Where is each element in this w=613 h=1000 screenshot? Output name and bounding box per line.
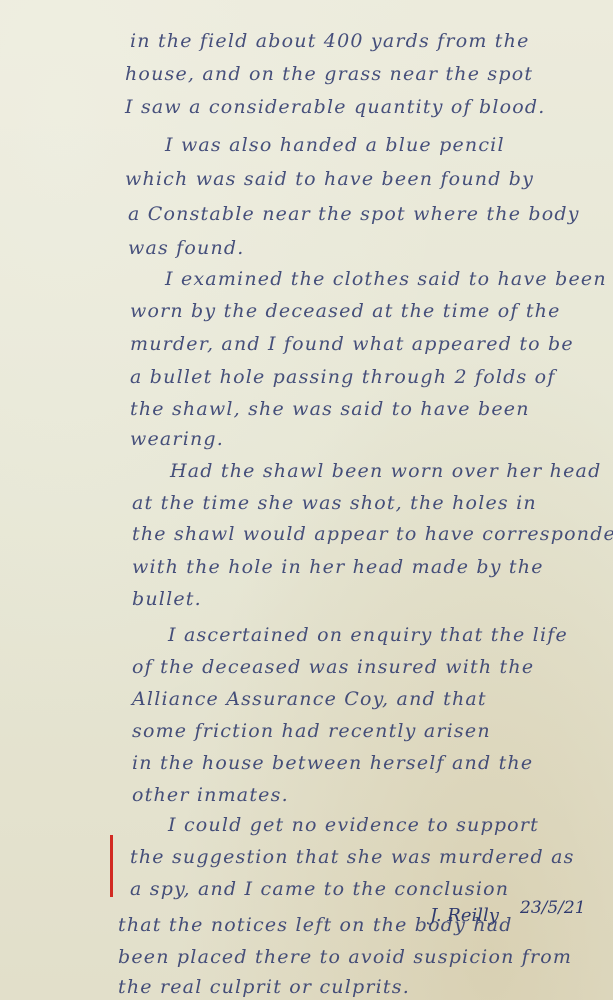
text-line: I saw a considerable quantity of blood. — [125, 96, 546, 118]
text-line: the suggestion that she was murdered as — [130, 846, 575, 868]
text-line: of the deceased was insured with the — [132, 656, 534, 678]
text-line: a Constable near the spot where the body — [128, 203, 580, 225]
text-line: in the house between herself and the — [132, 752, 533, 774]
text-line: I examined the clothes said to have been — [165, 268, 607, 290]
text-line: a spy, and I came to the conclusion — [130, 878, 509, 900]
text-line: worn by the deceased at the time of the — [130, 300, 561, 322]
text-line: with the hole in her head made by the — [132, 556, 544, 578]
red-margin-mark — [110, 835, 113, 897]
text-line: I ascertained on enquiry that the life — [168, 624, 568, 646]
text-line: been placed there to avoid suspicion fro… — [118, 946, 572, 968]
text-line: bullet. — [132, 588, 202, 610]
text-line: Had the shawl been worn over her head — [170, 460, 601, 482]
text-line: was found. — [128, 237, 245, 259]
text-line: in the field about 400 yards from the — [130, 30, 530, 52]
text-line: murder, and I found what appeared to be — [130, 333, 574, 355]
text-line: wearing. — [130, 428, 224, 450]
text-line: I was also handed a blue pencil — [165, 134, 505, 156]
signature-date: 23/5/21 — [520, 898, 586, 918]
handwritten-page: in the field about 400 yards from the ho… — [0, 0, 613, 1000]
signature: J. Reilly — [430, 905, 499, 926]
text-line: other inmates. — [132, 784, 289, 806]
text-line: house, and on the grass near the spot — [125, 63, 533, 85]
text-line: a bullet hole passing through 2 folds of — [130, 366, 556, 388]
text-line: the real culprit or culprits. — [118, 976, 410, 998]
text-line: some friction had recently arisen — [132, 720, 491, 742]
text-line: the shawl, she was said to have been — [130, 398, 530, 420]
text-line: which was said to have been found by — [125, 168, 534, 190]
text-line: at the time she was shot, the holes in — [132, 492, 537, 514]
text-line: Alliance Assurance Coy, and that — [132, 688, 487, 710]
text-line: I could get no evidence to support — [168, 814, 539, 836]
text-line: the shawl would appear to have correspon… — [132, 523, 613, 545]
